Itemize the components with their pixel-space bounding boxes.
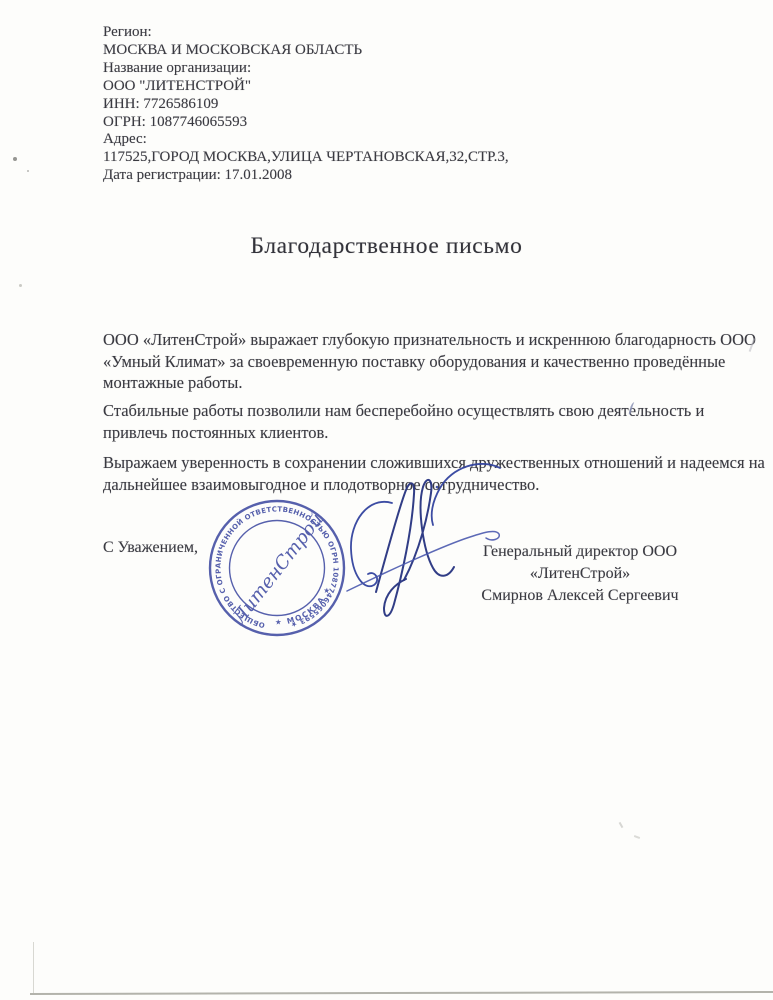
scan-speck: [634, 835, 640, 839]
header-line-address-label: Адрес:: [103, 131, 509, 149]
scan-speck: [19, 284, 22, 287]
signature-stroke-loop2: [404, 480, 454, 580]
signer-block: Генеральный директор ООО «ЛитенСтрой» См…: [480, 541, 680, 606]
company-round-stamp-seal: ОБЩЕСТВО С ОГРАНИЧЕННОЙ ОТВЕТСТВЕННОСТЬЮ…: [205, 496, 349, 640]
salutation: С Уважением,: [103, 539, 198, 557]
paragraph-stability: Стабильные работы позволили нам беспереб…: [103, 400, 768, 443]
letter-title: Благодарственное письмо: [0, 233, 773, 260]
paper-bottom-edge: [30, 991, 773, 995]
scan-speck: [27, 170, 29, 172]
header-line-orgname-value: ООО "ЛИТЕНСТРОЙ": [103, 78, 509, 96]
scan-speck: [619, 822, 624, 828]
scanned-letter-page: Регион: МОСКВА И МОСКОВСКАЯ ОБЛАСТЬ Назв…: [0, 0, 773, 1000]
header-line-region-label: Регион:: [103, 24, 509, 42]
signature-stroke-arc: [432, 464, 500, 525]
header-line-orgname-label: Название организации:: [103, 60, 509, 78]
signer-company-line: «ЛитенСтрой»: [480, 563, 680, 585]
signature-ink-dot: [436, 486, 439, 489]
signer-position-line: Генеральный директор ООО: [480, 541, 680, 563]
header-line-region-value: МОСКВА И МОСКОВСКАЯ ОБЛАСТЬ: [103, 42, 509, 60]
header-line-regdate: Дата регистрации: 17.01.2008: [103, 167, 509, 185]
paper-left-edge: [33, 942, 34, 994]
header-line-ogrn: ОГРН: 1087746065593: [103, 114, 509, 132]
org-header: Регион: МОСКВА И МОСКОВСКАЯ ОБЛАСТЬ Назв…: [103, 24, 509, 185]
header-line-inn: ИНН: 7726586109: [103, 96, 509, 114]
paragraph-gratitude: ООО «ЛитенСтрой» выражает глубокую призн…: [103, 329, 768, 394]
signature-stroke-c: [351, 502, 392, 586]
header-line-address-value: 117525,ГОРОД МОСКВА,УЛИЦА ЧЕРТАНОВСКАЯ,3…: [103, 149, 509, 167]
signature-stroke-loop1: [376, 483, 414, 616]
scan-speck: [13, 157, 17, 161]
signer-name-line: Смирнов Алексей Сергеевич: [480, 585, 680, 607]
